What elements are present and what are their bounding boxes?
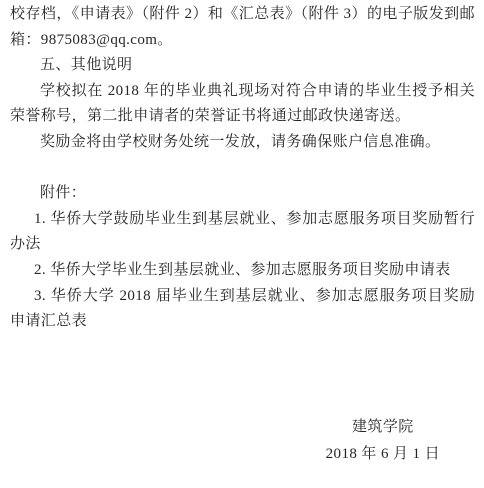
section-heading-other-notes: 五、其他说明: [10, 53, 475, 79]
attachment-item-2: 2. 华侨大学毕业生到基层就业、参加志愿服务项目奖励申请表: [10, 258, 475, 284]
signature-block: 建筑学院 2018 年 6 月 1 日: [326, 414, 440, 468]
attachment-item-1: 1. 华侨大学鼓励毕业生到基层就业、参加志愿服务项目奖励暂行办法: [10, 207, 475, 258]
attachments-label: 附件：: [10, 181, 475, 207]
document-page: 校存档，《申请表》（附件 2）和《汇总表》（附件 3）的电子版发到邮箱：9875…: [0, 0, 484, 488]
paragraph-ceremony-honor: 学校拟在 2018 年的毕业典礼现场对符合申请的毕业生授予相关荣誉称号，第二批申…: [10, 79, 475, 130]
signature-organization: 建筑学院: [326, 414, 440, 441]
attachment-item-3: 3. 华侨大学 2018 届毕业生到基层就业、参加志愿服务项目奖励申请汇总表: [10, 284, 475, 335]
paragraph-reward-payment: 奖励金将由学校财务处统一发放，请务确保账户信息准确。: [10, 130, 475, 156]
signature-date: 2018 年 6 月 1 日: [326, 441, 440, 468]
paragraph-continuation-email: 校存档，《申请表》（附件 2）和《汇总表》（附件 3）的电子版发到邮箱：9875…: [10, 2, 475, 53]
blank-line-spacer: [10, 156, 475, 182]
